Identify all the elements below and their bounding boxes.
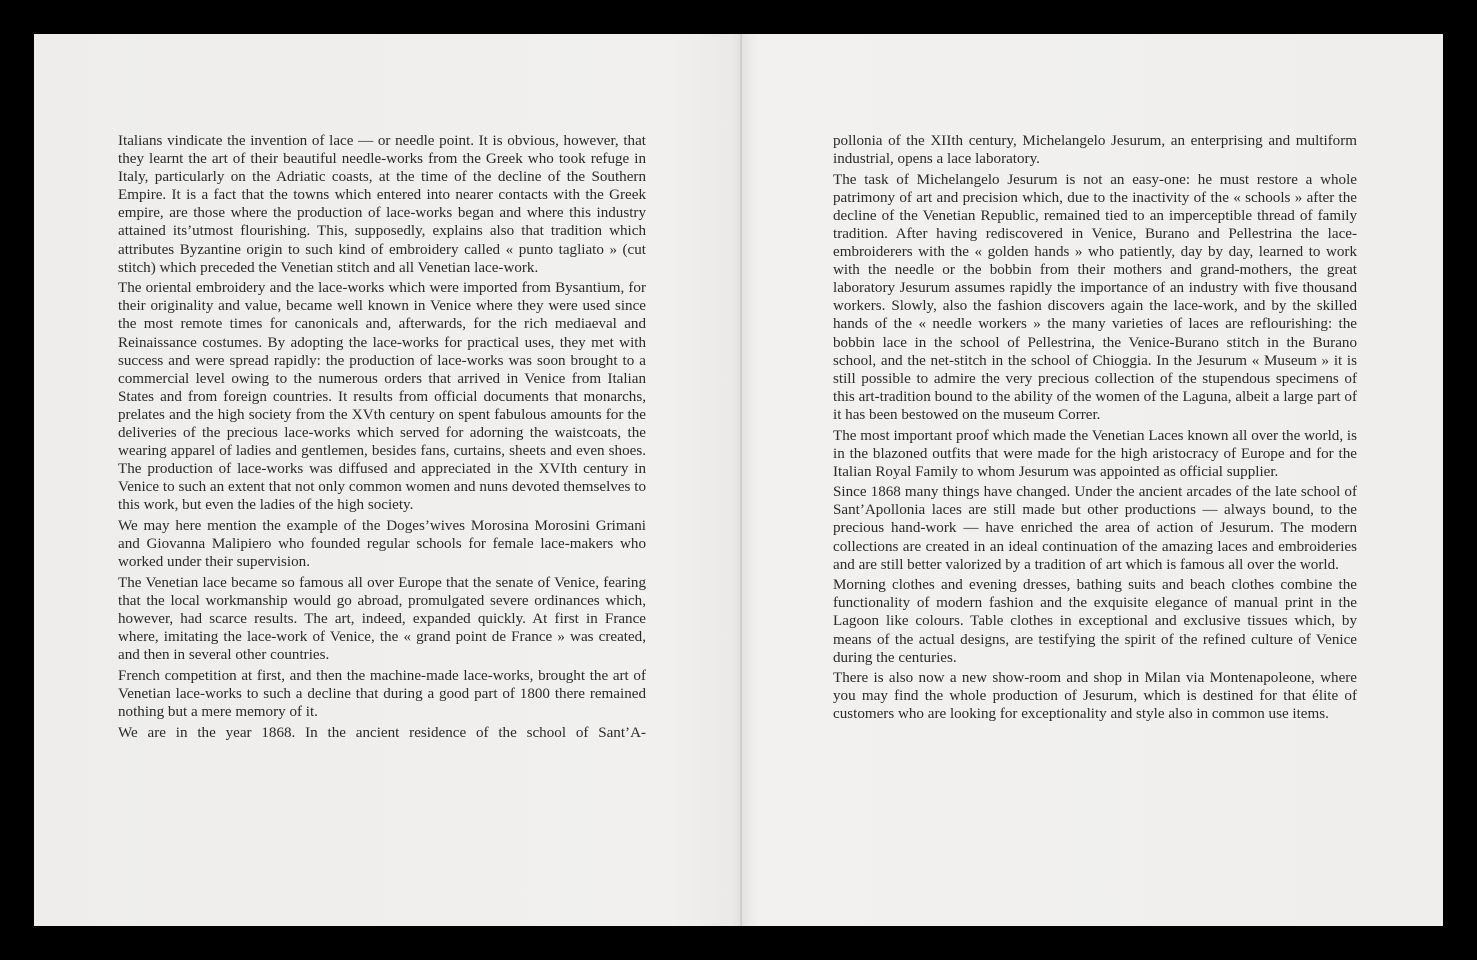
paragraph: Since 1868 many things have changed. Und… — [833, 483, 1357, 573]
paragraph: The oriental embroidery and the lace-wor… — [118, 279, 646, 514]
paragraph: We are in the year 1868. In the ancient … — [118, 724, 646, 742]
right-text-column: pollonia of the XIIth century, Michelang… — [833, 132, 1357, 726]
paragraph: The Venetian lace became so famous all o… — [118, 574, 646, 664]
paragraph: There is also now a new show-room and sh… — [833, 669, 1357, 723]
right-page: pollonia of the XIIth century, Michelang… — [742, 34, 1443, 926]
paragraph: The most important proof which made the … — [833, 427, 1357, 481]
paragraph: Italians vindicate the invention of lace… — [118, 132, 646, 277]
paragraph: The task of Michelangelo Jesurum is not … — [833, 171, 1357, 424]
booklet-spread: Italians vindicate the invention of lace… — [34, 34, 1443, 926]
paragraph: We may here mention the example of the D… — [118, 517, 646, 571]
paragraph: Morning clothes and evening dresses, bat… — [833, 576, 1357, 666]
paragraph: French competition at first, and then th… — [118, 667, 646, 721]
left-page: Italians vindicate the invention of lace… — [34, 34, 740, 926]
paragraph: pollonia of the XIIth century, Michelang… — [833, 132, 1357, 168]
left-text-column: Italians vindicate the invention of lace… — [118, 132, 646, 744]
